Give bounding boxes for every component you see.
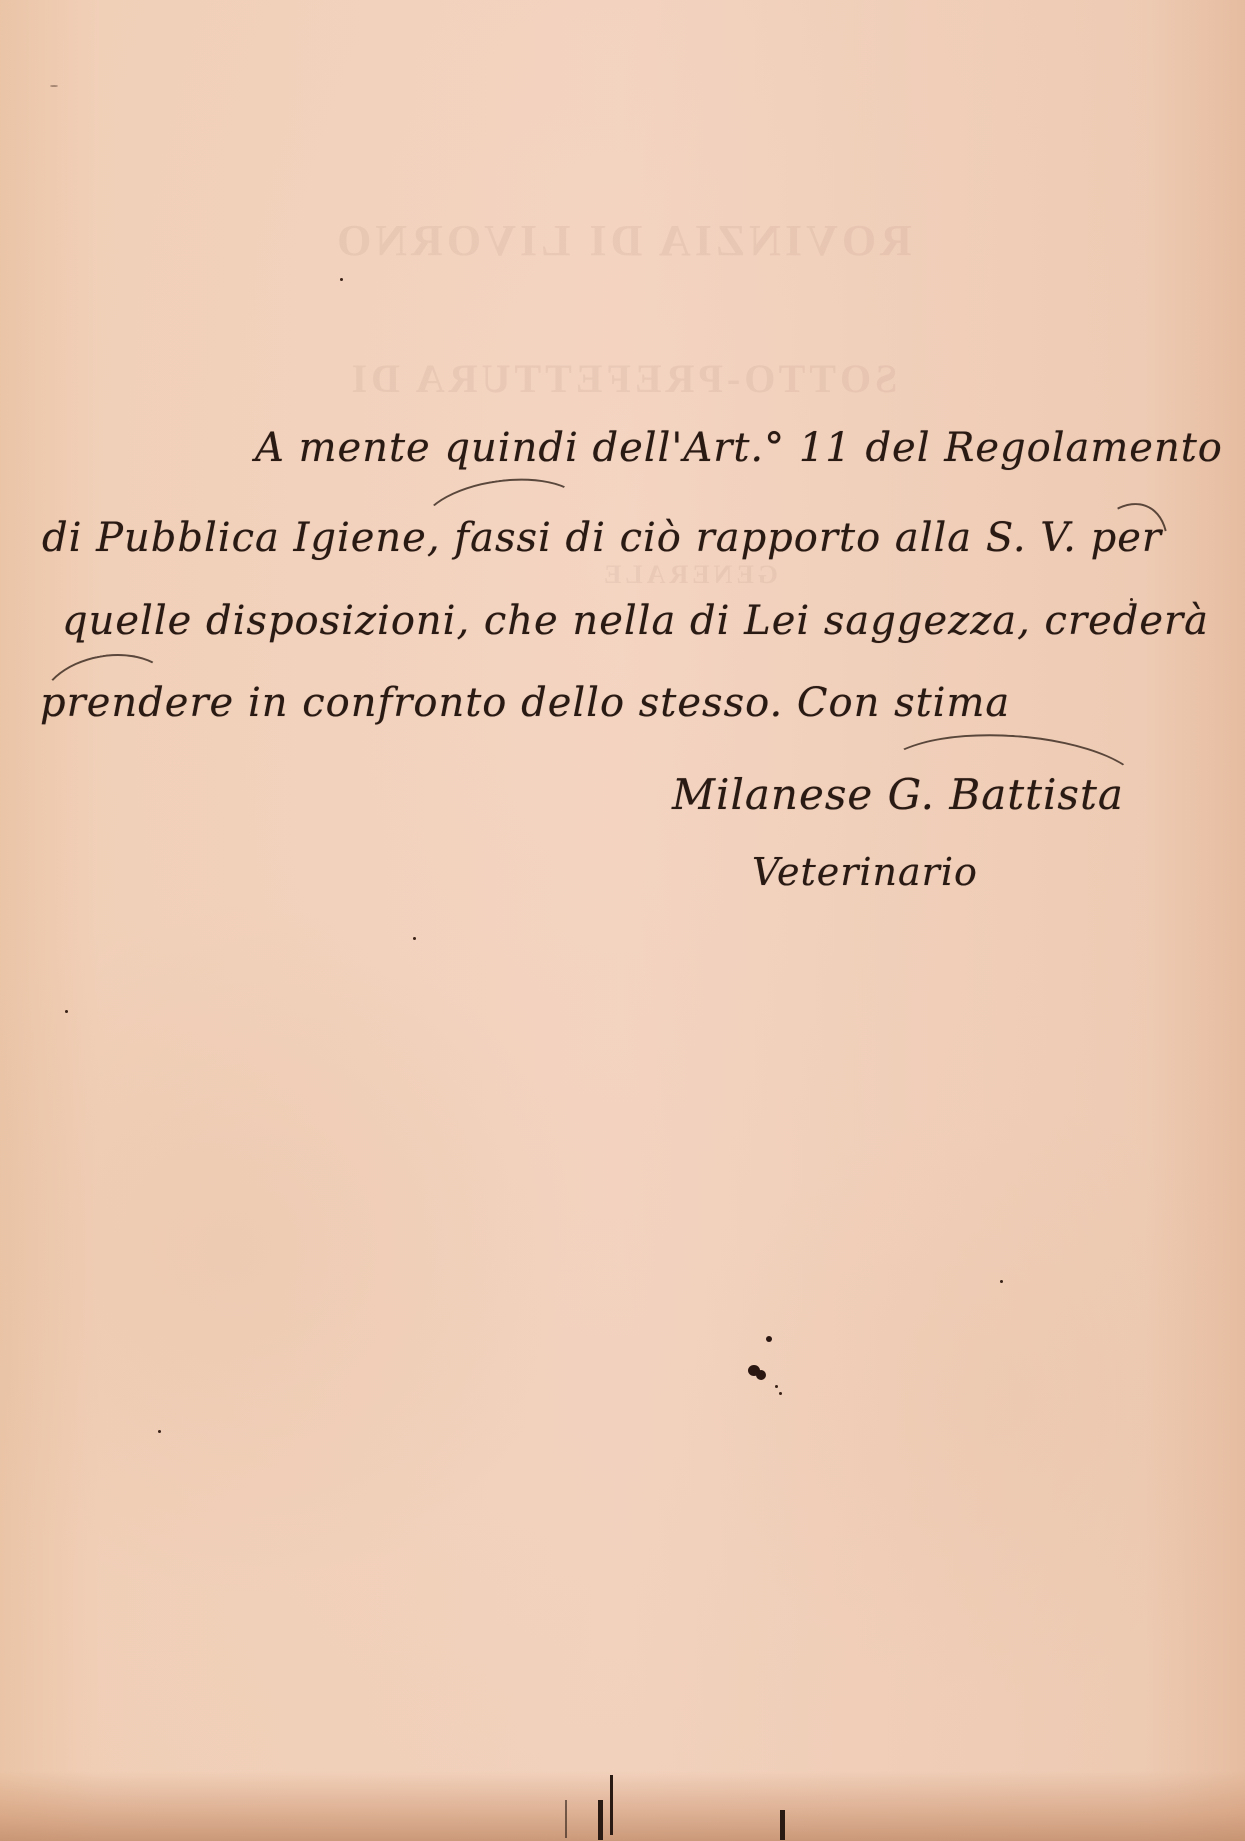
paper-stain	[700, 1100, 1245, 1700]
paper-speck	[413, 937, 416, 940]
document-page: ROVINZIA DI LIVORNO SOTTO-PREFETTURA DI …	[0, 0, 1245, 1841]
bleed-through-text: ROVINZIA DI LIVORNO	[0, 215, 1245, 266]
paper-speck	[775, 1385, 778, 1388]
paper-speck	[158, 1430, 161, 1433]
paper-tear	[610, 1775, 613, 1835]
paper-speck	[50, 85, 58, 87]
handwritten-line: A mente quindi dell'Art.° 11 del Regolam…	[255, 425, 1223, 471]
ink-blot	[756, 1370, 766, 1380]
bleed-through-text: SOTTO-PREFETTURA DI	[0, 355, 1245, 402]
paper-stain	[0, 900, 580, 1600]
paper-tear	[780, 1810, 785, 1840]
paper-speck	[65, 1010, 68, 1013]
handwritten-line: quelle disposizioni, che nella di Lei sa…	[62, 598, 1209, 644]
paper-bottom-edge	[0, 1771, 1245, 1841]
pen-flourish	[34, 644, 181, 750]
paper-speck	[1130, 598, 1133, 601]
bleed-through-text: GENERALE	[600, 560, 778, 590]
paper-tear	[598, 1800, 603, 1840]
ink-blot	[766, 1336, 772, 1342]
pen-flourish	[877, 726, 1147, 838]
paper-speck	[340, 278, 343, 281]
signature-title: Veterinario	[752, 850, 978, 894]
paper-speck	[1000, 1280, 1003, 1283]
handwritten-line: prendere in confronto dello stesso. Con …	[40, 680, 1010, 726]
handwritten-line: di Pubblica Igiene, fassi di ciò rapport…	[42, 515, 1162, 561]
paper-tear	[565, 1800, 567, 1838]
paper-speck	[779, 1392, 782, 1395]
